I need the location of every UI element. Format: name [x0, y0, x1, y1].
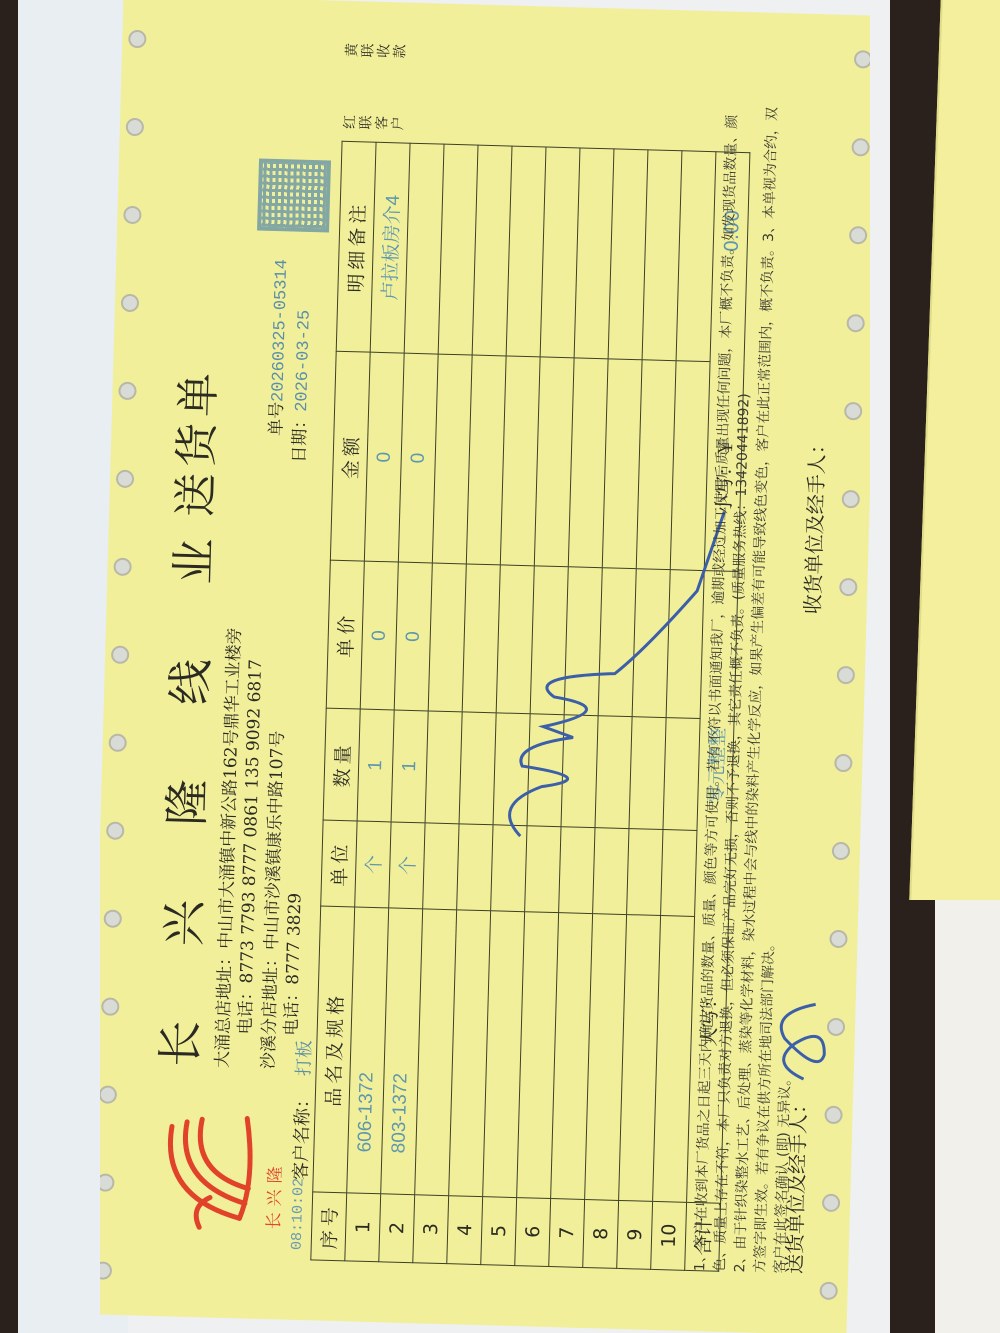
sender-signature-label: 送货单位及经手人：	[778, 1093, 812, 1274]
document-type-title: 送货单	[159, 366, 227, 518]
order-date: 日期：2026-03-25	[285, 309, 315, 463]
logo-text: 长兴隆	[259, 1160, 286, 1230]
perforation-holes-bottom	[818, 15, 870, 1333]
delivery-note-photo: 长兴隆 长 兴 隆 线 业 送货单 大涌总店地址：中山市大涌镇中新公路162号鼎…	[100, 0, 870, 1333]
handwritten-signature	[763, 993, 835, 1085]
header-no: 序号	[311, 1191, 347, 1260]
receiver-signature-label: 收货单位及经手人：	[797, 434, 831, 615]
header-qty: 数量	[323, 708, 360, 821]
right-paper-stack	[909, 0, 1000, 900]
qr-code-icon	[257, 158, 331, 232]
header-unit: 单位	[321, 820, 357, 907]
bird-logo-icon	[139, 1106, 263, 1239]
pen-scribble	[480, 485, 730, 852]
print-time: 08:10:02	[289, 1178, 308, 1250]
copy-label-red: 红联客户	[342, 113, 407, 135]
copy-labels: 白联存根 黄联收款 红联客户	[342, 0, 411, 135]
delivery-note: 长兴隆 长 兴 隆 线 业 送货单 大涌总店地址：中山市大涌镇中新公路162号鼎…	[100, 0, 870, 1333]
right-white-paper-stack	[935, 900, 1000, 1333]
customer-name: 客户名称：打板	[287, 1040, 317, 1181]
header-price: 单价	[326, 561, 364, 709]
copy-label-yellow: 黄联收款	[344, 41, 409, 63]
